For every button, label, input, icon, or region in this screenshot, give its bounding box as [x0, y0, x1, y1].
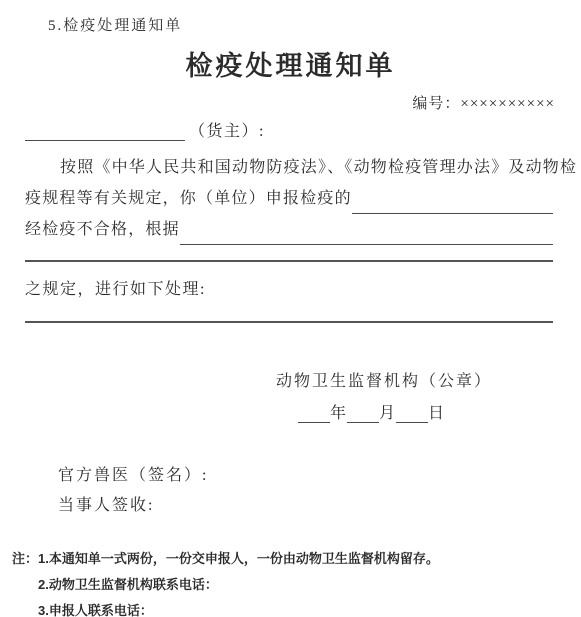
footnotes: 注： 1.本通知单一式两份，一份交申报人，一份由动物卫生监督机构留存。 2.动物… — [12, 546, 439, 617]
org-seal-line: 动物卫生监督机构（公章） — [276, 368, 492, 391]
footnote-item-3: 3.申报人联系电话： — [38, 598, 439, 617]
paragraph-line-1: 按照《中华人民共和国动物防疫法》、《动物检疫管理办法》及动物检 — [25, 152, 553, 183]
declared-item-fill-in-blank — [352, 189, 553, 214]
year-fill-in-blank — [298, 404, 330, 423]
party-signature-line: 当事人签收: — [58, 492, 154, 515]
footnote-item-1: 1.本通知单一式两份，一份交申报人，一份由动物卫生监督机构留存。 — [38, 546, 439, 572]
date-line: 年 月 日 — [298, 400, 445, 423]
basis-continuation-fill-in-line — [25, 260, 553, 262]
paragraph-line-3: 经检疫不合格，根据 — [25, 214, 553, 245]
document-title: 检疫处理通知单 — [0, 44, 581, 83]
owner-label: （货主）: — [189, 118, 265, 141]
official-vet-signature-line: 官方兽医（签名）: — [58, 462, 208, 485]
day-fill-in-blank — [396, 404, 428, 423]
number-label: 编号： — [412, 96, 460, 112]
number-line: 编号：×××××××××× — [412, 92, 555, 113]
day-unit-label: 日 — [428, 400, 445, 423]
treatment-fill-in-line — [25, 321, 553, 323]
paragraph-line-3-label: 经检疫不合格，根据 — [25, 214, 180, 245]
quarantine-notice-document: 5.检疫处理通知单 检疫处理通知单 编号：×××××××××× （货主）: 按照… — [0, 0, 581, 617]
paragraph-line-2: 疫规程等有关规定，你（单位）申报检疫的 — [25, 183, 553, 214]
month-unit-label: 月 — [379, 400, 396, 423]
year-unit-label: 年 — [330, 400, 347, 423]
clause-line: 之规定，进行如下处理: — [25, 276, 206, 299]
owner-fill-in-blank — [25, 122, 185, 141]
list-item-heading: 5.检疫处理通知单 — [48, 14, 182, 35]
footnotes-label: 注： — [12, 546, 38, 572]
footnotes-list: 1.本通知单一式两份，一份交申报人，一份由动物卫生监督机构留存。 2.动物卫生监… — [38, 546, 439, 617]
basis-fill-in-blank — [180, 220, 553, 245]
month-fill-in-blank — [347, 404, 379, 423]
owner-line: （货主）: — [25, 118, 265, 141]
number-value: ×××××××××× — [460, 96, 555, 112]
body-paragraph: 按照《中华人民共和国动物防疫法》、《动物检疫管理办法》及动物检 疫规程等有关规定… — [25, 152, 553, 245]
paragraph-line-2-label: 疫规程等有关规定，你（单位）申报检疫的 — [25, 183, 352, 214]
footnote-item-2: 2.动物卫生监督机构联系电话： — [38, 572, 439, 598]
